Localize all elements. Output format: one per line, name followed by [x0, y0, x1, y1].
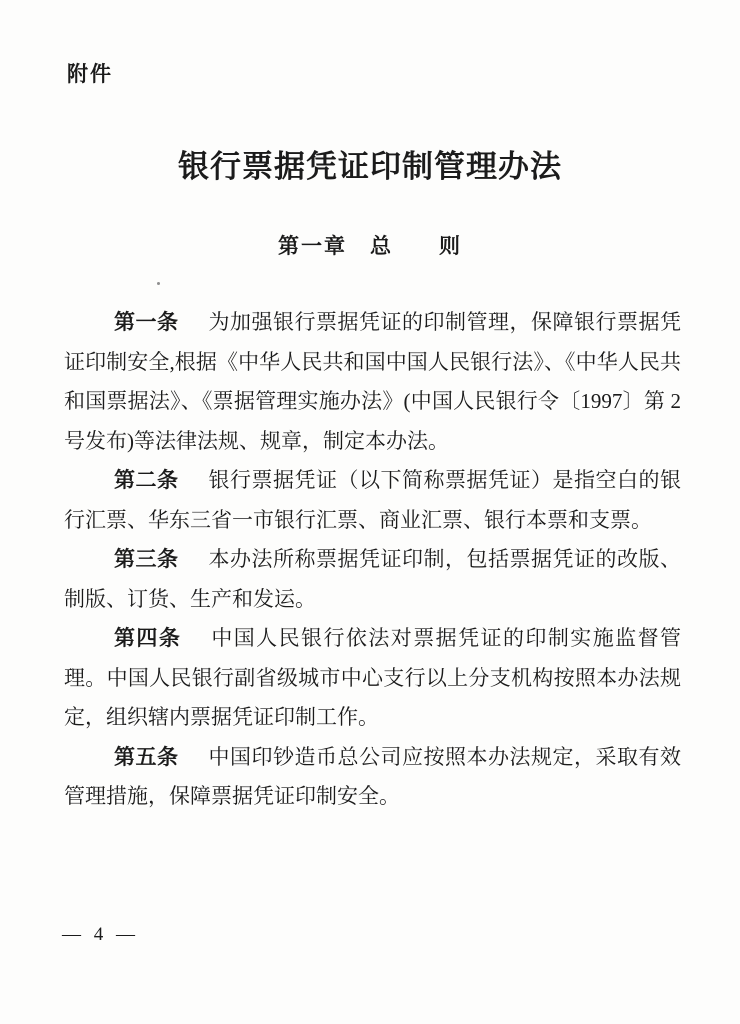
page-number: — 4 — — [62, 924, 139, 946]
article-1: 第一条为加强银行票据凭证的印制管理，保障银行票据凭证印制安全,根据《中华人民共和… — [64, 303, 681, 461]
attachment-label: 附件 — [67, 58, 113, 88]
article-5: 第五条中国印钞造币总公司应按照本办法规定，采取有效管理措施，保障票据凭证印制安全… — [64, 738, 681, 817]
article-2: 第二条银行票据凭证（以下简称票据凭证）是指空白的银行汇票、华东三省一市银行汇票、… — [64, 461, 681, 540]
scan-speck — [157, 282, 160, 285]
chapter-heading: 第一章 总 则 — [0, 230, 740, 260]
article-5-number: 第五条 — [114, 745, 179, 769]
document-body: 第一条为加强银行票据凭证的印制管理，保障银行票据凭证印制安全,根据《中华人民共和… — [64, 303, 681, 817]
document-page: 附件 银行票据凭证印制管理办法 第一章 总 则 第一条为加强银行票据凭证的印制管… — [0, 0, 740, 1024]
article-4-number: 第四条 — [114, 626, 181, 650]
article-3-number: 第三条 — [114, 547, 179, 571]
article-1-number: 第一条 — [114, 310, 179, 334]
article-2-number: 第二条 — [114, 468, 179, 492]
document-title: 银行票据凭证印制管理办法 — [0, 141, 740, 186]
article-4: 第四条中国人民银行依法对票据凭证的印制实施监督管理。中国人民银行副省级城市中心支… — [64, 619, 681, 738]
article-3: 第三条本办法所称票据凭证印制，包括票据凭证的改版、制版、订货、生产和发运。 — [64, 540, 681, 619]
